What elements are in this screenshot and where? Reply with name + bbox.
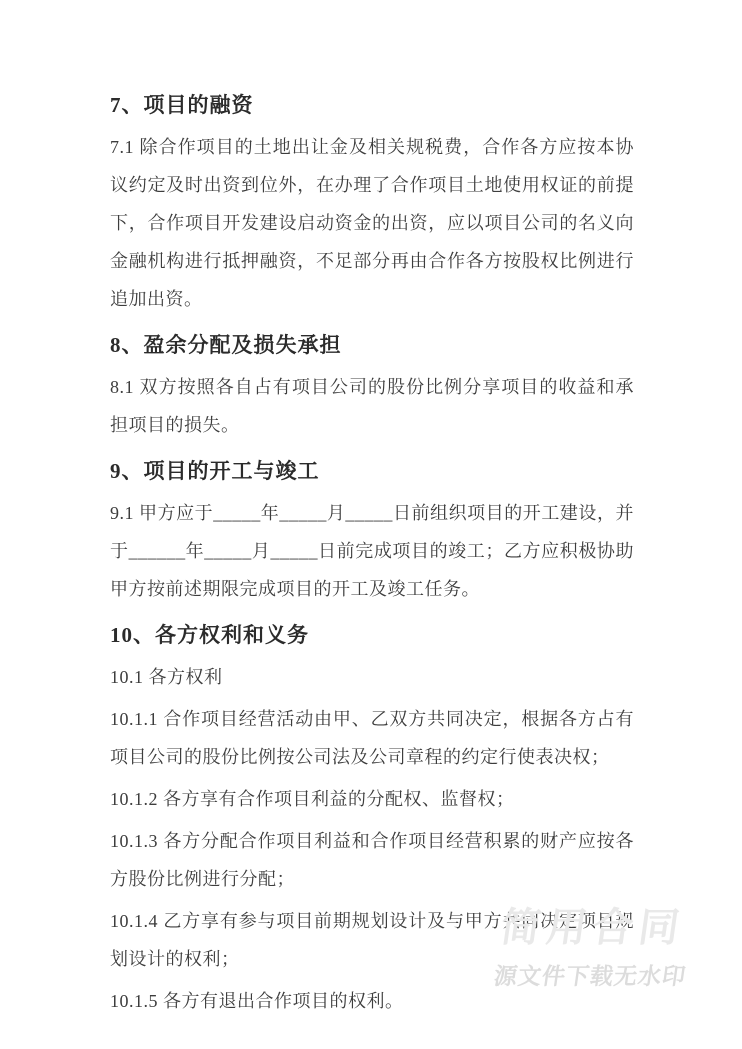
- clause-7-1: 7.1 除合作项目的土地出让金及相关规税费，合作各方应按本协议约定及时出资到位外…: [110, 128, 634, 318]
- section-9-heading: 9、项目的开工与竣工: [110, 452, 634, 490]
- clause-10-1-2: 10.1.2 各方享有合作项目利益的分配权、监督权；: [110, 780, 634, 818]
- clause-10-1-5: 10.1.5 各方有退出合作项目的权利。: [110, 982, 634, 1020]
- contract-body: 7、项目的融资 7.1 除合作项目的土地出让金及相关规税费，合作各方应按本协议约…: [110, 78, 634, 1024]
- clause-10-1-4: 10.1.4 乙方享有参与项目前期规划设计及与甲方共同决定项目规划设计的权利；: [110, 902, 634, 978]
- clause-10-1-3: 10.1.3 各方分配合作项目利益和合作项目经营积累的财产应按各方股份比例进行分…: [110, 822, 634, 898]
- clause-10-1: 10.1 各方权利: [110, 658, 634, 696]
- section-8-heading: 8、盈余分配及损失承担: [110, 326, 634, 364]
- clause-10-1-1: 10.1.1 合作项目经营活动由甲、乙双方共同决定，根据各方占有项目公司的股份比…: [110, 700, 634, 776]
- clause-8-1: 8.1 双方按照各自占有项目公司的股份比例分享项目的收益和承担项目的损失。: [110, 368, 634, 444]
- section-7-heading: 7、项目的融资: [110, 86, 634, 124]
- contract-document-page: 7、项目的融资 7.1 除合作项目的土地出让金及相关规税费，合作各方应按本协议约…: [0, 0, 742, 1049]
- clause-9-1: 9.1 甲方应于_____年_____月_____日前组织项目的开工建设，并于_…: [110, 494, 634, 608]
- section-10-heading: 10、各方权利和义务: [110, 616, 634, 654]
